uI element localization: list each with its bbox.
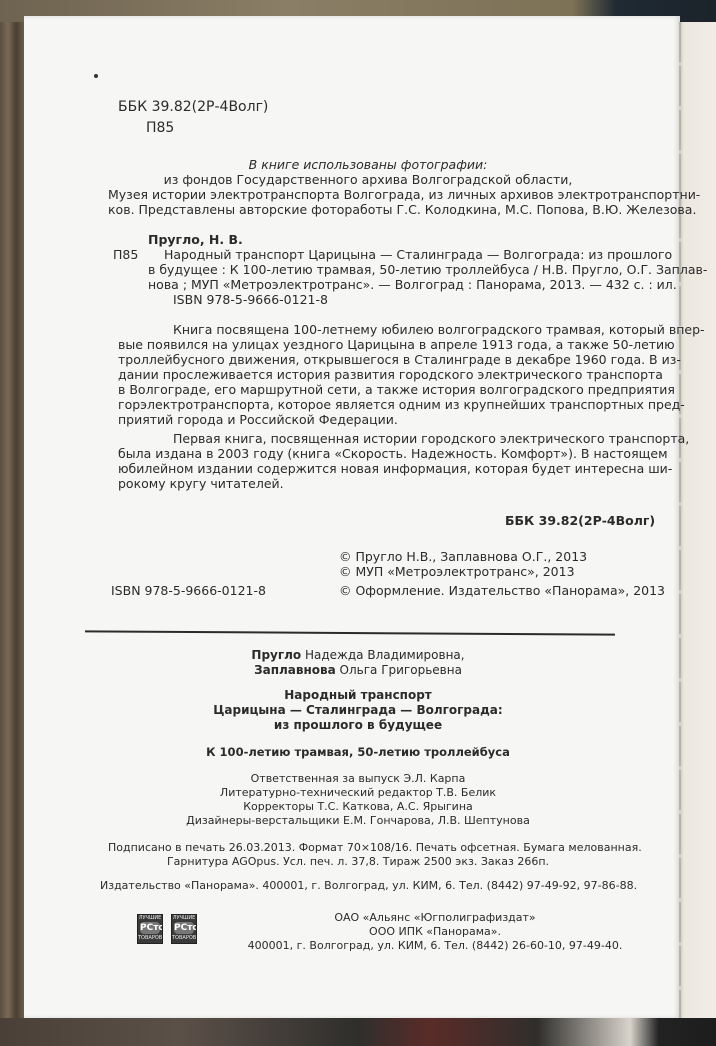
catalog-line: нова ; МУП «Метроэлектротранс». — Волгог… — [118, 277, 618, 292]
printer-line: ООО ИПК «Панорама». — [210, 925, 660, 939]
author-surname: Пругло — [251, 648, 301, 662]
abstract-line: приятий города и Российской Федерации. — [118, 412, 618, 427]
catalog-line: Народный транспорт Царицына — Сталинград… — [118, 247, 618, 262]
binding-stitch — [679, 22, 681, 1018]
abstract-line: горэлектротранспорта, которое является о… — [118, 397, 618, 412]
copyright-line: © Оформление. Издательство «Панорама», 2… — [339, 583, 665, 598]
staff-line: Корректоры Т.С. Каткова, А.С. Ярыгина — [108, 800, 608, 814]
copyright-line: © Пругло Н.В., Заплавнова О.Г., 2013 — [339, 549, 665, 564]
quality-mark-logo: ЛУЧШИЕ РСто ТОВАРОВ — [137, 914, 163, 944]
catalog-line: в будущее : К 100-летию трамвая, 50-лети… — [118, 262, 618, 277]
logo-bottom-text: ТОВАРОВ — [172, 935, 196, 941]
author-name: Надежда Владимировна, — [305, 648, 465, 662]
print-info: Подписано в печать 26.03.2013. Формат 70… — [108, 841, 608, 869]
abstract-line: юбилейном издании содержится новая инфор… — [118, 461, 618, 476]
printer-line: ОАО «Альянс «Югполиграфиздат» — [210, 911, 660, 925]
logo-bottom-text: ТОВАРОВ — [138, 935, 162, 941]
author-name: Ольга Григорьевна — [340, 663, 462, 677]
bbk-code-bottom: ББК 39.82(2Р-4Волг) — [505, 513, 655, 528]
printer-info: ОАО «Альянс «Югполиграфиздат» ООО ИПК «П… — [210, 911, 660, 953]
title-line: Народный транспорт — [108, 688, 608, 703]
facing-page-edge — [680, 22, 716, 1018]
author-mark-top: П85 — [146, 121, 174, 136]
logo-top-text: ЛУЧШИЕ — [172, 915, 196, 921]
staff-line: Ответственная за выпуск Э.Л. Карпа — [108, 772, 608, 786]
copyright-block: © Пругло Н.В., Заплавнова О.Г., 2013 © М… — [339, 549, 665, 598]
abstract-line: рокому кругу читателей. — [118, 476, 618, 491]
imprint-staff: Ответственная за выпуск Э.Л. Карпа Литер… — [108, 772, 608, 828]
abstract-line: троллейбусного движения, открывшегося в … — [118, 352, 618, 367]
abstract-line: вые появился на улицах уездного Царицына… — [118, 337, 618, 352]
printer-line: 400001, г. Волгоград, ул. КИМ, 6. Тел. (… — [210, 939, 660, 953]
isbn: ISBN 978-5-9666-0121-8 — [111, 583, 266, 598]
bbk-code-top: ББК 39.82(2Р-4Волг) — [118, 100, 268, 115]
staff-line: Дизайнеры-верстальщики Е.М. Гончарова, Л… — [108, 814, 608, 828]
logo-mid-text: РСто — [140, 922, 160, 934]
abstract-line: Книга посвящена 100-летнему юбилею волго… — [118, 322, 618, 337]
photo-credits-line: из фондов Государственного архива Волгог… — [108, 172, 628, 187]
photo-credits-line: Музея истории электротранспорта Волгогра… — [108, 187, 628, 202]
title-line: из прошлого в будущее — [108, 718, 608, 733]
author-surname: Заплавнова — [254, 663, 336, 677]
paper-speck — [94, 74, 98, 78]
imprint-title: Народный транспорт Царицына — Сталинград… — [108, 688, 608, 733]
print-info-line: Подписано в печать 26.03.2013. Формат 70… — [108, 841, 608, 855]
photo-credits-line: ков. Представлены авторские фотоработы Г… — [108, 202, 628, 217]
imprint-subtitle: К 100-летию трамвая, 50-летию троллейбус… — [108, 745, 608, 759]
cover-bottom-edge — [0, 1018, 716, 1046]
imprint-authors: Пругло Надежда Владимировна, Заплавнова … — [108, 648, 608, 678]
print-info-line: Гарнитура AGOpus. Усл. печ. л. 37,8. Тир… — [108, 855, 608, 869]
staff-line: Литературно-технический редактор Т.В. Бе… — [108, 786, 608, 800]
catalog-author: Пругло, Н. В. — [148, 232, 243, 247]
abstract-line: в Волгограде, его маршрутной сети, а так… — [118, 382, 618, 397]
catalog-isbn: ISBN 978-5-9666-0121-8 — [118, 292, 618, 307]
abstract-line: была издана в 2003 году (книга «Скорость… — [118, 446, 618, 461]
publisher-info: Издательство «Панорама». 400001, г. Волг… — [100, 879, 620, 893]
photo-credits: В книге использованы фотографии: из фонд… — [108, 157, 628, 217]
logo-top-text: ЛУЧШИЕ — [138, 915, 162, 921]
logo-mid-text: РСто — [174, 922, 194, 934]
title-line: Царицына — Сталинграда — Волгограда: — [108, 703, 608, 718]
abstract-line: Первая книга, посвященная истории городс… — [118, 431, 618, 446]
copyright-line: © МУП «Метроэлектротранс», 2013 — [339, 564, 665, 579]
abstract-line: дании прослеживается история развития го… — [118, 367, 618, 382]
quality-mark-logo: ЛУЧШИЕ РСто ТОВАРОВ — [171, 914, 197, 944]
photo-credits-heading: В книге использованы фотографии: — [108, 157, 628, 172]
abstract: Книга посвящена 100-летнему юбилею волго… — [118, 322, 618, 491]
